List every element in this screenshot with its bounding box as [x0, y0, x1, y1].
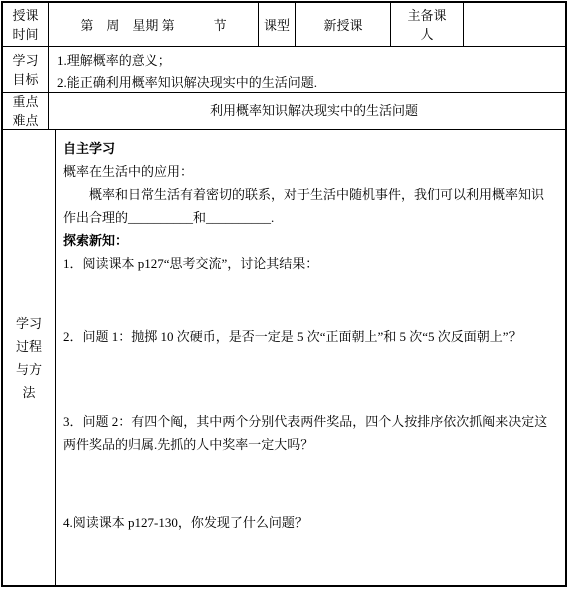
application-line: 概率在生活中的应用：: [63, 160, 555, 183]
task-4: 4.阅读课本 p127-130，你发现了什么问题？: [63, 511, 555, 534]
lesson-plan-sheet: { "table": { "row1": { "teaching_time_la…: [0, 0, 569, 608]
explore-heading: 探索新知：: [63, 229, 555, 252]
lead-preparer-value: [464, 3, 565, 46]
learning-goals-content: 1.理解概率的意义； 2.能正确利用概率知识解决现实中的生活问题.: [49, 47, 565, 92]
task-1: 1．阅读课本 p127“思考交流”，讨论其结果：: [63, 252, 555, 275]
lead-preparer-label: 主备课 人: [391, 3, 464, 46]
teaching-time-label: 授课 时间: [3, 3, 49, 46]
learning-process-label: 学习 过程 与方 法: [3, 130, 56, 585]
header-row: 授课 时间 第 周 星期 第 节 课型 新授课 主备课 人: [3, 3, 565, 47]
self-study-heading: 自主学习: [63, 137, 555, 160]
goal-line-2: 2.能正确利用概率知识解决现实中的生活问题.: [57, 72, 557, 94]
course-type-value: 新授课: [296, 3, 391, 46]
learning-process-row: 学习 过程 与方 法 自主学习 概率在生活中的应用： 概率和日常生活有着密切的联…: [3, 130, 565, 585]
learning-goals-row: 学习 目标 1.理解概率的意义； 2.能正确利用概率知识解决现实中的生活问题.: [3, 47, 565, 93]
key-difficulty-row: 重点 难点 利用概率知识解决现实中的生活问题: [3, 93, 565, 130]
course-type-label: 课型: [259, 3, 296, 46]
task-2: 2．问题 1：抛掷 10 次硬币，是否一定是 5 次“正面朝上”和 5 次“5 …: [63, 325, 555, 348]
task-3: 3．问题 2：有四个阄，其中两个分别代表两件奖品，四个人按排序依次抓阄来决定这两…: [63, 410, 555, 456]
learning-goals-label: 学习 目标: [3, 47, 49, 92]
lesson-plan-table: 授课 时间 第 周 星期 第 节 课型 新授课 主备课 人 学习 目标 1.理解…: [1, 1, 567, 587]
key-difficulty-content: 利用概率知识解决现实中的生活问题: [49, 93, 565, 129]
key-difficulty-label: 重点 难点: [3, 93, 49, 129]
learning-process-content: 自主学习 概率在生活中的应用： 概率和日常生活有着密切的联系，对于生活中随机事件…: [56, 130, 565, 585]
goal-line-1: 1.理解概率的意义；: [57, 50, 557, 72]
fill-blank-paragraph: 概率和日常生活有着密切的联系，对于生活中随机事件，我们可以利用概率知识作出合理的…: [63, 183, 555, 229]
week-period-field: 第 周 星期 第 节: [49, 3, 259, 46]
